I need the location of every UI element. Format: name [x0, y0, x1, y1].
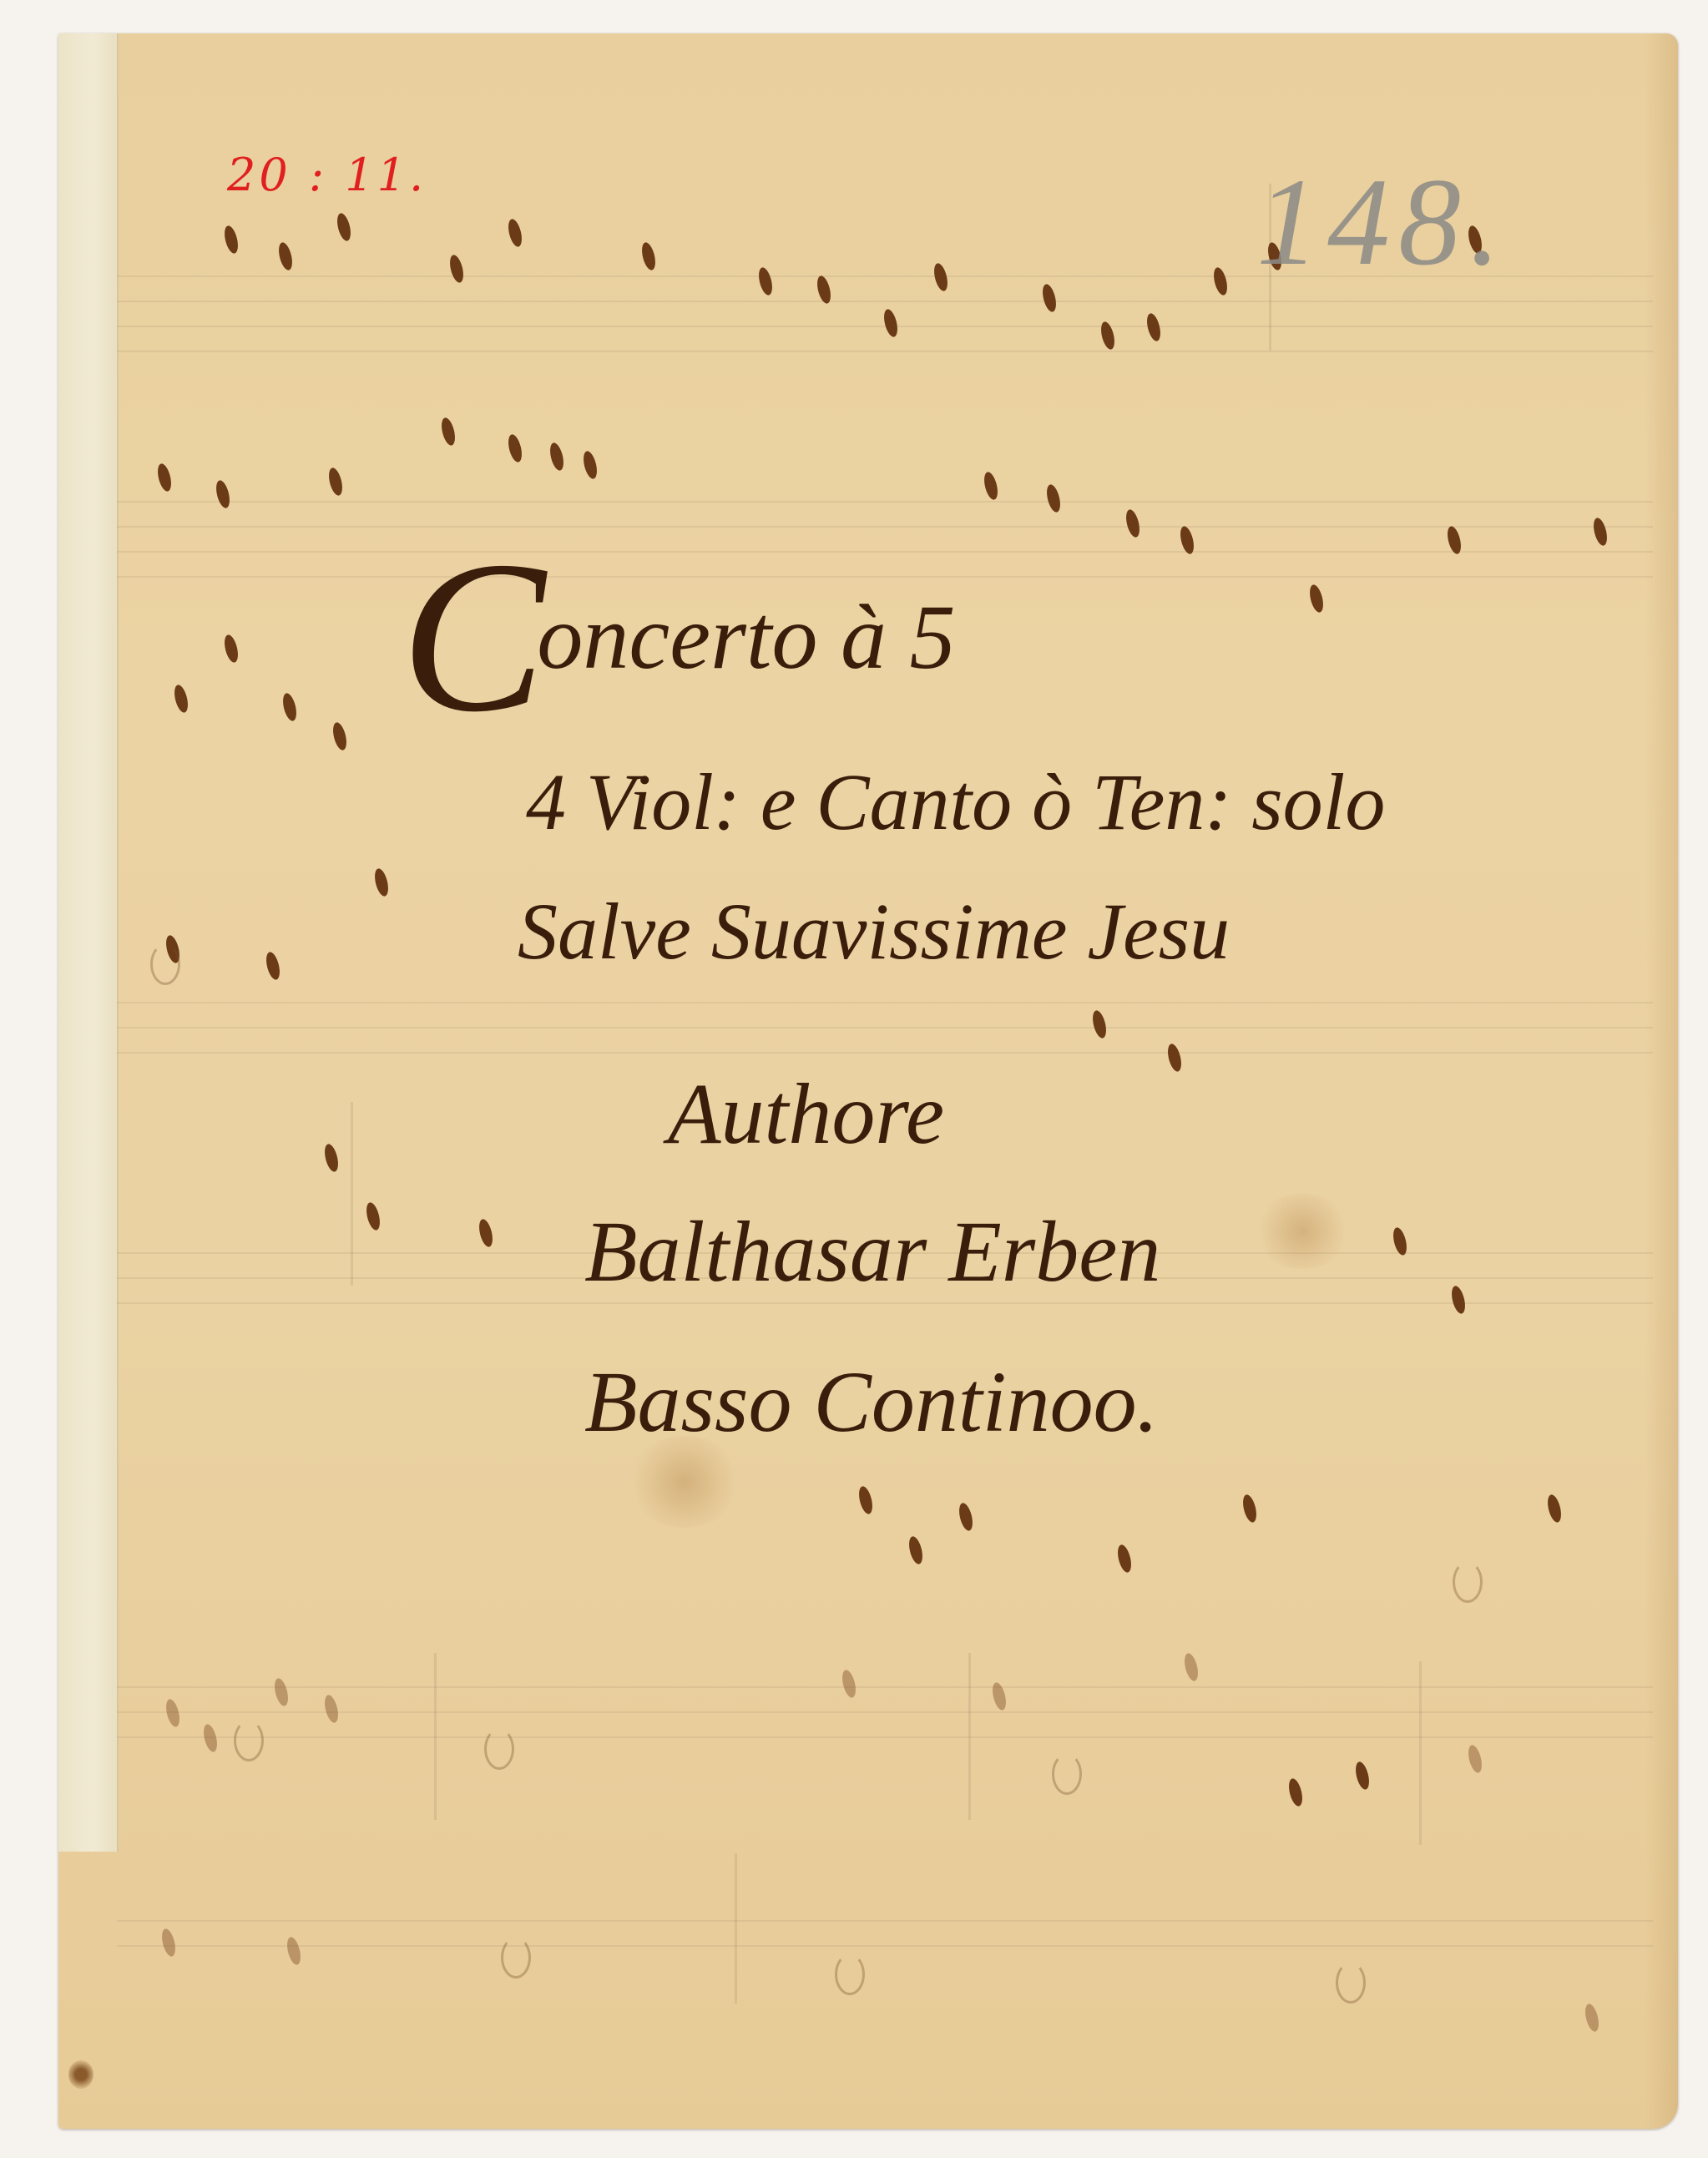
title-line-concerto: Concerto à 5	[401, 584, 955, 690]
foxing-stain	[1252, 1194, 1352, 1269]
title-line-scoring: 4 Viol: e Canto ò Ten: solo	[526, 756, 1385, 848]
title-line-authore: Authore	[668, 1064, 944, 1164]
folio-number-pencil: 148.	[1256, 150, 1509, 294]
title-line-part-name: Basso Continoo.	[584, 1352, 1159, 1452]
shelfmark-red-ink: 20 : 11.	[227, 149, 427, 201]
page-edge-shading	[1645, 33, 1678, 2129]
title-line-composer: Balthasar Erben	[584, 1202, 1160, 1301]
worm-damage-spot	[68, 2060, 93, 2089]
title-rest: oncerto à 5	[537, 586, 955, 688]
decorated-initial: C	[401, 517, 545, 757]
binding-guard-strip	[58, 33, 119, 1852]
title-line-work-title: Salve Suavissime Jesu	[518, 885, 1230, 978]
